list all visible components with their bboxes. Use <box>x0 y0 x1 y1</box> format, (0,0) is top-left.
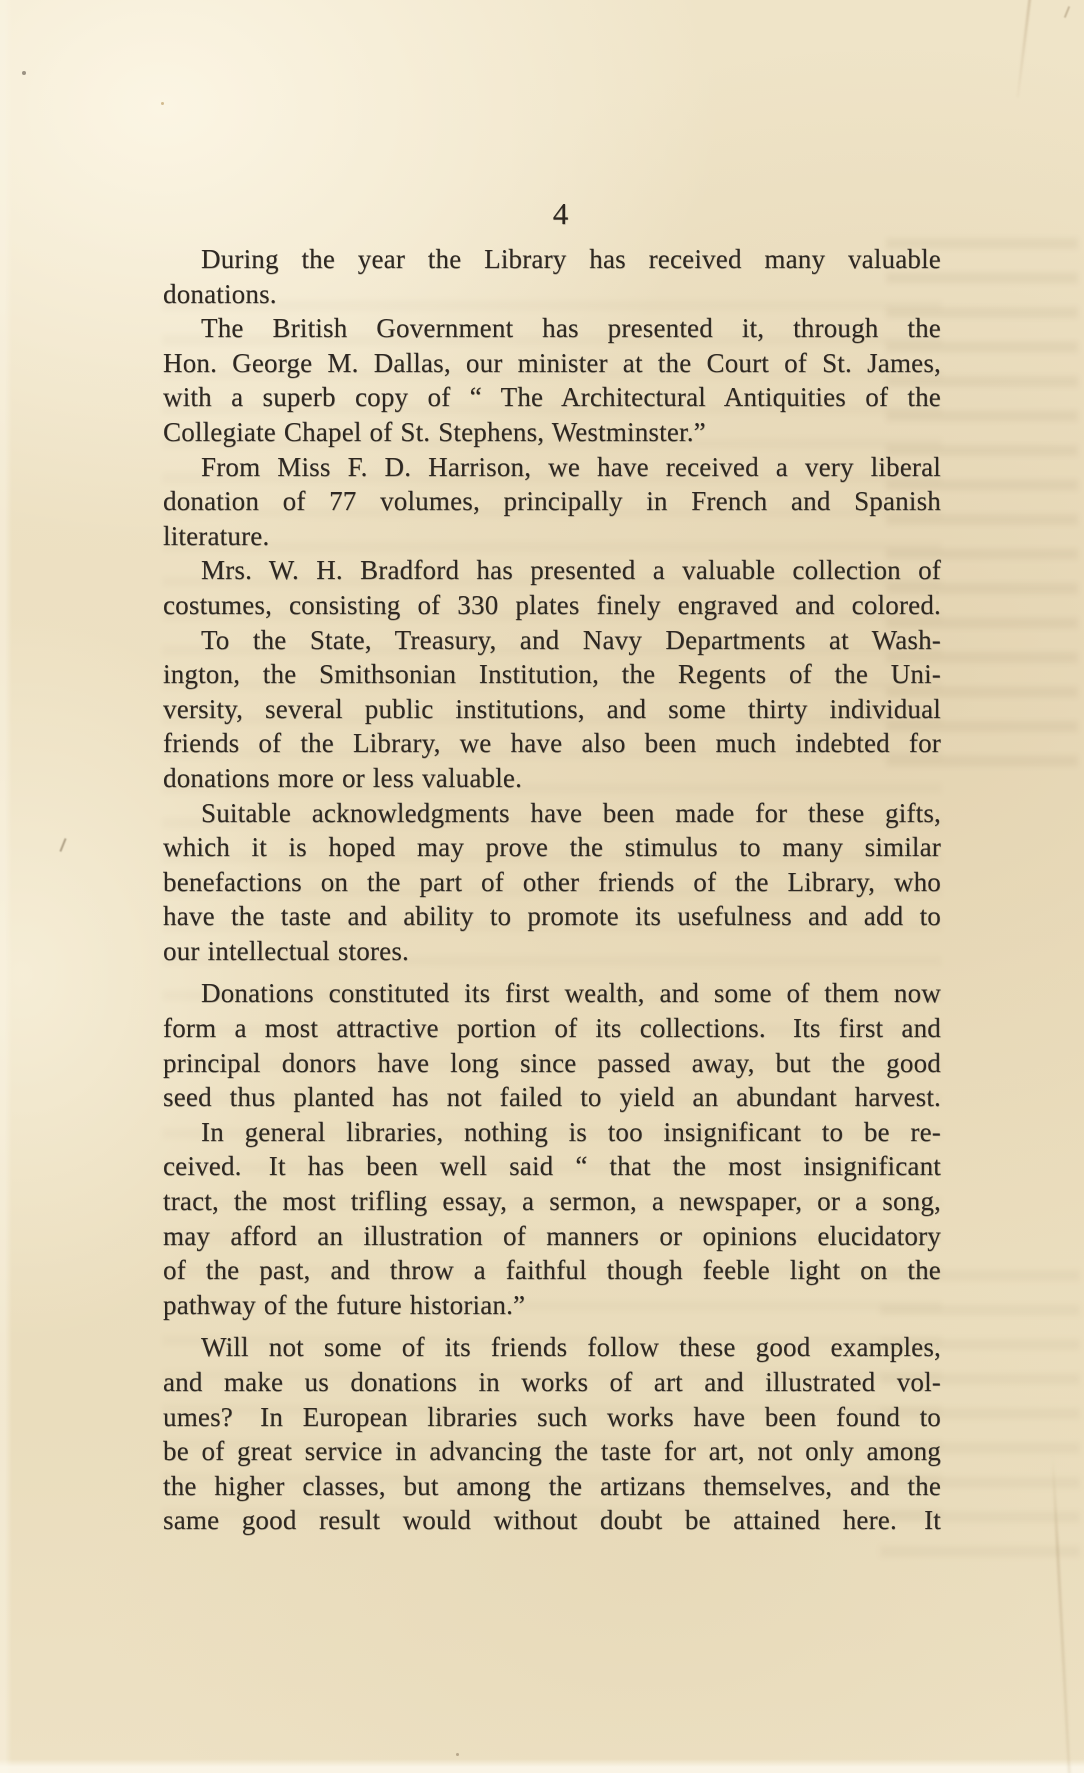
text-line: with a superb copy of “ The Architectura… <box>163 380 941 415</box>
text-line: In general libraries, nothing is too ins… <box>163 1115 941 1150</box>
text-line: umes? In European libraries such works h… <box>163 1400 941 1435</box>
paragraph: Will not some of its friends follow thes… <box>163 1330 941 1538</box>
paragraph: Suitable acknowledgments have been made … <box>163 796 941 969</box>
text-line: During the year the Library has received… <box>163 242 941 277</box>
text-line: Hon. George M. Dallas, our minister at t… <box>163 346 941 381</box>
text-line: which it is hoped may prove the stimulus… <box>163 830 941 865</box>
text-line: form a most attractive portion of its co… <box>163 1011 941 1046</box>
text-line: Will not some of its friends follow thes… <box>163 1330 941 1365</box>
text-line: tract, the most trifling essay, a sermon… <box>163 1184 941 1219</box>
text-line: seed thus planted has not failed to yiel… <box>163 1080 941 1115</box>
text-line: our intellectual stores. <box>163 934 941 969</box>
text-line: benefactions on the part of other friend… <box>163 865 941 900</box>
text-line: of the past, and throw a faithful though… <box>163 1253 941 1288</box>
text-line: ington, the Smithsonian Institution, the… <box>163 657 941 692</box>
text-line: From Miss F. D. Harrison, we have receiv… <box>163 450 941 485</box>
text-line: be of great service in advancing the tas… <box>163 1434 941 1469</box>
text-line: ceived. It has been well said “ that the… <box>163 1149 941 1184</box>
paragraph: To the State, Treasury, and Navy Departm… <box>163 623 941 796</box>
paragraph: The British Government has presented it,… <box>163 311 941 449</box>
paper-speck <box>161 102 164 105</box>
paper-speck <box>22 71 26 75</box>
text-line: The British Government has presented it,… <box>163 311 941 346</box>
paper-speck <box>456 1753 459 1756</box>
page-number: 4 <box>163 196 959 232</box>
text-line: principal donors have long since passed … <box>163 1046 941 1081</box>
paragraph: In general libraries, nothing is too ins… <box>163 1115 941 1323</box>
paragraph: Mrs. W. H. Bradford has presented a valu… <box>163 553 941 622</box>
text-line: the higher classes, but among the artiza… <box>163 1469 941 1504</box>
text-line: donation of 77 volumes, principally in F… <box>163 484 941 519</box>
text-line: To the State, Treasury, and Navy Departm… <box>163 623 941 658</box>
text-line: donations more or less valuable. <box>163 761 941 796</box>
text-line: pathway of the future historian.” <box>163 1288 941 1323</box>
text-line: Collegiate Chapel of St. Stephens, Westm… <box>163 415 941 450</box>
scanned-book-page: { "colors": { "paper": "#ecdfc0", "ink":… <box>0 0 1084 1773</box>
text-line: Donations constituted its first wealth, … <box>163 976 941 1011</box>
paragraph: Donations constituted its first wealth, … <box>163 976 941 1114</box>
text-line: donations. <box>163 277 941 312</box>
text-line: friends of the Library, we have also bee… <box>163 726 941 761</box>
text-line: Suitable acknowledgments have been made … <box>163 796 941 831</box>
paragraph: From Miss F. D. Harrison, we have receiv… <box>163 450 941 554</box>
text-line: and make us donations in works of art an… <box>163 1365 941 1400</box>
text-line: have the taste and ability to promote it… <box>163 899 941 934</box>
text-line: Mrs. W. H. Bradford has presented a valu… <box>163 553 941 588</box>
paragraph: During the year the Library has received… <box>163 242 941 311</box>
text-line: same good result would without doubt be … <box>163 1503 941 1538</box>
text-line: versity, several public institutions, an… <box>163 692 941 727</box>
text-line: literature. <box>163 519 941 554</box>
page-body: During the year the Library has received… <box>163 242 941 1538</box>
text-line: costumes, consisting of 330 plates finel… <box>163 588 941 623</box>
text-line: may afford an illustration of manners or… <box>163 1219 941 1254</box>
